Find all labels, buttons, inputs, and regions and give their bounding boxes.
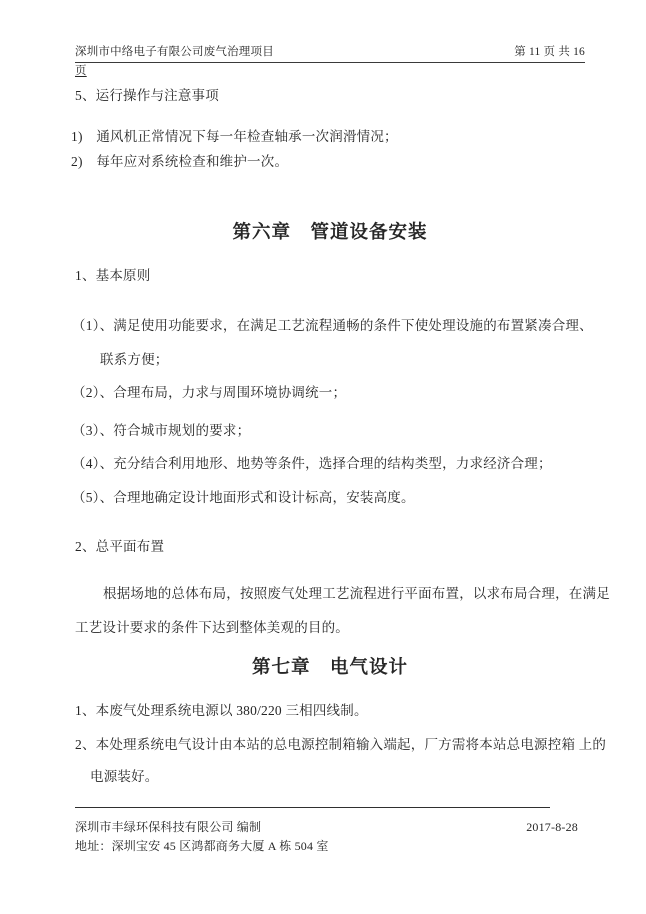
electrical-item-2-line-1: 2、本处理系统电气设计由本站的总电源控制箱输入端起，厂方需将本站总电源控箱 上的: [75, 736, 606, 753]
principle-2: （2）、合理布局，力求与周围环境协调统一；: [72, 384, 346, 401]
chapter7-title: 第七章 电气设计: [75, 653, 585, 679]
principle-1-line-2: 联系方便；: [100, 351, 169, 368]
document-page: 深圳市中络电子有限公司废气治理项目 第 11 页 共 16 页 5、运行操作与注…: [0, 0, 646, 914]
footer-address: 地址：深圳宝安 45 区鸿都商务大厦 A 栋 504 室: [75, 839, 329, 854]
page-footer: 深圳市丰绿环保科技有限公司 编制 2017-8-28: [75, 820, 578, 835]
header-project-title: 深圳市中络电子有限公司废气治理项目: [75, 45, 274, 60]
header-page-indicator-wrap: 页: [75, 64, 87, 79]
header-page-indicator: 第 11 页 共 16: [514, 45, 585, 60]
principle-5: （5）、合理地确定设计地面形式和设计标高，安装高度。: [72, 489, 415, 506]
footer-company: 深圳市丰绿环保科技有限公司 编制: [75, 820, 261, 835]
footer-divider: [75, 807, 550, 808]
layout-paragraph-line-1: 根据场地的总体布局，按照废气处理工艺流程进行平面布置，以求布局合理，在满足: [103, 585, 610, 602]
electrical-item-2-line-2: 电源装好。: [90, 768, 159, 785]
maintenance-item-2: 2) 每年应对系统检查和维护一次。: [71, 153, 288, 170]
layout-paragraph-line-2: 工艺设计要求的条件下达到整体美观的目的。: [75, 619, 349, 636]
principle-4: （4）、充分结合利用地形、地势等条件，选择合理的结构类型，力求经济合理；: [72, 455, 552, 472]
section-heading-operation-notes: 5、运行操作与注意事项: [75, 87, 219, 104]
footer-date: 2017-8-28: [526, 820, 578, 835]
maintenance-item-1: 1) 通风机正常情况下每一年检查轴承一次润滑情况；: [71, 128, 398, 145]
chapter6-title: 第六章 管道设备安装: [75, 218, 585, 244]
layout-heading: 2、总平面布置: [75, 538, 164, 555]
electrical-item-1: 1、本废气处理系统电源以 380/220 三相四线制。: [75, 702, 368, 719]
page-header: 深圳市中络电子有限公司废气治理项目 第 11 页 共 16: [75, 45, 585, 63]
principle-1-line-1: （1）、满足使用功能要求，在满足工艺流程通畅的条件下使处理设施的布置紧凑合理、: [72, 317, 593, 334]
basic-principles-heading: 1、基本原则: [75, 267, 150, 284]
principle-3: （3）、符合城市规划的要求；: [72, 422, 250, 439]
